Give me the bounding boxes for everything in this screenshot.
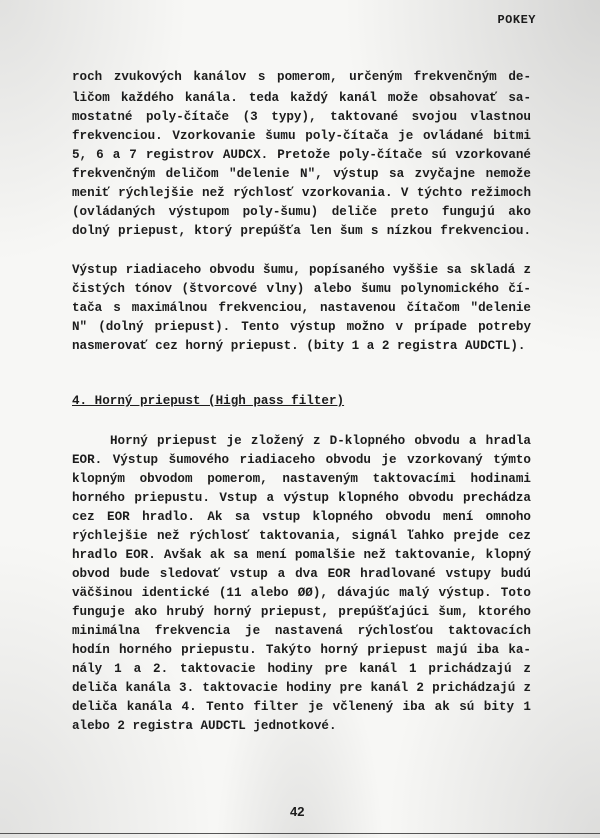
text-line: alebo 2 registra AUDCTL jednotkové. <box>72 718 531 734</box>
text-line: dolný priepust, ktorý prepúšťa len šum s… <box>72 223 531 239</box>
text-line: N" (dolný priepust). Tento výstup možno … <box>72 319 531 335</box>
page-edge <box>0 833 600 834</box>
text-line: tača s maximálnou frekvenciou, nastaveno… <box>72 300 531 316</box>
text-line: deliča kanála 3. taktovacie hodiny pre k… <box>72 680 531 696</box>
text-line: nály 1 a 2. taktovacie hodiny pre kanál … <box>72 661 531 677</box>
text-line: 5, 6 a 7 registrov AUDCX. Pretože poly-č… <box>72 147 531 163</box>
text-line: deliča kanála 4. Tento filter je včlenen… <box>72 699 531 715</box>
text-line: mostatné poly-čítače (3 typy), taktované… <box>72 109 531 125</box>
text-line: čistých tónov (štvorcové vlny) alebo šum… <box>72 281 531 297</box>
text-line: cez EOR hradlo. Ak sa vstup klopného obv… <box>72 509 531 525</box>
text-line: hodín horného priepustu. Takýto horný pr… <box>72 642 531 658</box>
text-line: roch zvukových kanálov s pomerom, určený… <box>72 69 531 85</box>
running-header: POKEY <box>497 13 536 27</box>
page-number: 42 <box>290 804 304 819</box>
text-line: (ovládaných výstupom poly-šumu) deliče p… <box>72 204 531 220</box>
text-line: Horný priepust je zložený z D-klopného o… <box>110 433 531 449</box>
text-line: hradlo EOR. Avšak ak sa mení pomalšie ne… <box>72 547 531 563</box>
text-line: nasmerovať cez horný priepust. (bity 1 a… <box>72 338 531 354</box>
scanned-page: POKEY roch zvukových kanálov s pomerom, … <box>0 0 600 838</box>
text-line: minimálna frekvencia je nastavená rýchlo… <box>72 623 531 639</box>
text-line: EOR. Výstup šumového riadiaceho obvodu j… <box>72 452 531 468</box>
text-line: klopným obvodom pomerom, nastaveným takt… <box>72 471 531 487</box>
text-line: väčšinou identické (11 alebo ØØ), dávajú… <box>72 585 531 601</box>
text-line: obvod bude sledovať vstup a dva EOR hrad… <box>72 566 531 582</box>
text-line: frekvenčným deličom "delenie N", výstup … <box>72 166 531 182</box>
text-line: funguje ako hrubý horný priepust, prepúš… <box>72 604 531 620</box>
text-line: rýchlejšie než rýchlosť taktovania, sign… <box>72 528 531 544</box>
text-line: meniť rýchlejšie než rýchlosť vzorkovani… <box>72 185 531 201</box>
text-line: horného priepustu. Vstup a výstup klopné… <box>72 490 531 506</box>
section-heading: 4. Horný priepust (High pass filter) <box>72 394 344 408</box>
text-line: frekvenciou. Vzorkovanie šumu poly-čítač… <box>72 128 531 144</box>
text-line: Výstup riadiaceho obvodu šumu, popísanéh… <box>72 262 531 278</box>
text-line: ličom každého kanála. teda každý kanál m… <box>72 90 531 106</box>
